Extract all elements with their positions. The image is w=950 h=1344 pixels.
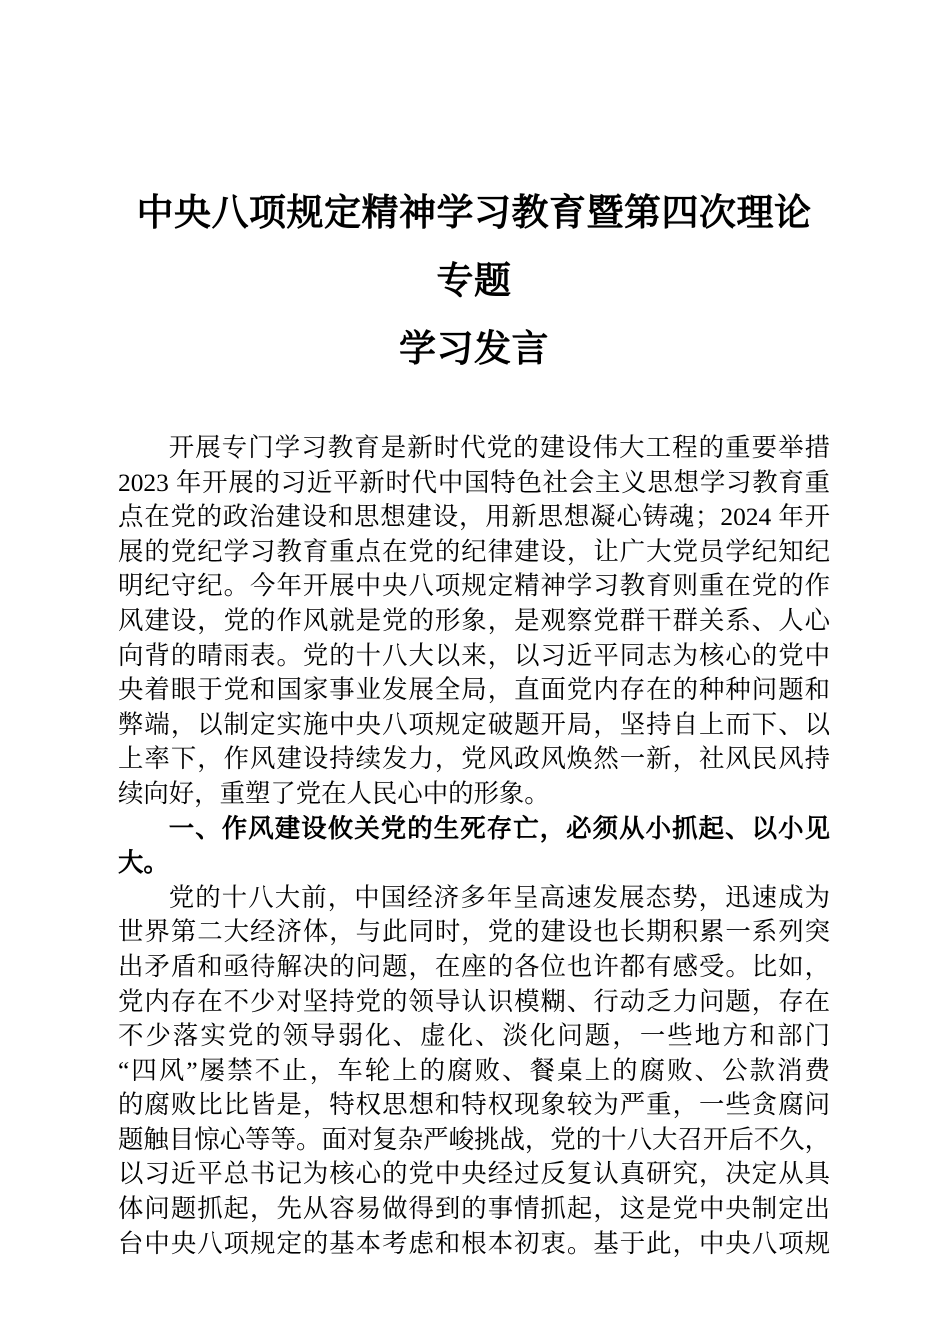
text-line: 续向好，重塑了党在人民心中的形象。 [118,777,830,812]
section-heading: 一、作风建设攸关党的生死存亡，必须从小抓起、以小见大。 [118,812,830,881]
document-title-line: 学习发言 [118,316,830,384]
text-line: 弊端，以制定实施中央八项规定破题开局，坚持自上而下、以 [118,708,830,743]
document-body: 开展专门学习教育是新时代党的建设伟大工程的重要举措2023 年开展的习近平新时代… [118,431,830,1261]
document-title-line: 中央八项规定精神学习教育暨第四次理论专题 [118,180,830,316]
text-line: “四风”屡禁不止，车轮上的腐败、餐桌上的腐败、公款消费 [118,1054,830,1089]
text-line: 以习近平总书记为核心的党中央经过反复认真研究，决定从具 [118,1157,830,1192]
text-line: 党内存在不少对坚持党的领导认识模糊、行动乏力问题，存在 [118,985,830,1020]
paragraph: 党的十八大前，中国经济多年呈高速发展态势，迅速成为世界第二大经济体，与此同时，党… [118,881,830,1262]
document-page: 中央八项规定精神学习教育暨第四次理论专题学习发言 开展专门学习教育是新时代党的建… [0,0,950,1344]
document-title: 中央八项规定精神学习教育暨第四次理论专题学习发言 [118,180,830,384]
text-line: 上率下，作风建设持续发力，党风政风焕然一新，社风民风持 [118,742,830,777]
paragraph: 开展专门学习教育是新时代党的建设伟大工程的重要举措2023 年开展的习近平新时代… [118,431,830,812]
text-line: 展的党纪学习教育重点在党的纪律建设，让广大党员学纪知纪 [118,535,830,570]
text-line: 明纪守纪。今年开展中央八项规定精神学习教育则重在党的作 [118,569,830,604]
text-line: 世界第二大经济体，与此同时，党的建设也长期积累一系列突 [118,915,830,950]
text-line: 2023 年开展的习近平新时代中国特色社会主义思想学习教育重 [118,466,830,501]
text-line: 不少落实党的领导弱化、虚化、淡化问题，一些地方和部门 [118,1019,830,1054]
text-line: 开展专门学习教育是新时代党的建设伟大工程的重要举措 [118,431,830,466]
text-line: 的腐败比比皆是，特权思想和特权现象较为严重，一些贪腐问 [118,1088,830,1123]
text-line: 一、作风建设攸关党的生死存亡，必须从小抓起、以小见 [118,812,830,847]
text-line: 风建设，党的作风就是党的形象，是观察党群干群关系、人心 [118,604,830,639]
text-line: 体问题抓起，先从容易做得到的事情抓起，这是党中央制定出 [118,1192,830,1227]
text-line: 大。 [118,846,830,881]
text-line: 点在党的政治建设和思想建设，用新思想凝心铸魂；2024 年开 [118,500,830,535]
text-line: 向背的晴雨表。党的十八大以来，以习近平同志为核心的党中 [118,639,830,674]
text-line: 台中央八项规定的基本考虑和根本初衷。基于此，中央八项规 [118,1227,830,1262]
text-line: 党的十八大前，中国经济多年呈高速发展态势，迅速成为 [118,881,830,916]
text-line: 题触目惊心等等。面对复杂严峻挑战，党的十八大召开后不久， [118,1123,830,1158]
text-line: 央着眼于党和国家事业发展全局，直面党内存在的种种问题和 [118,673,830,708]
text-line: 出矛盾和亟待解决的问题，在座的各位也许都有感受。比如， [118,950,830,985]
